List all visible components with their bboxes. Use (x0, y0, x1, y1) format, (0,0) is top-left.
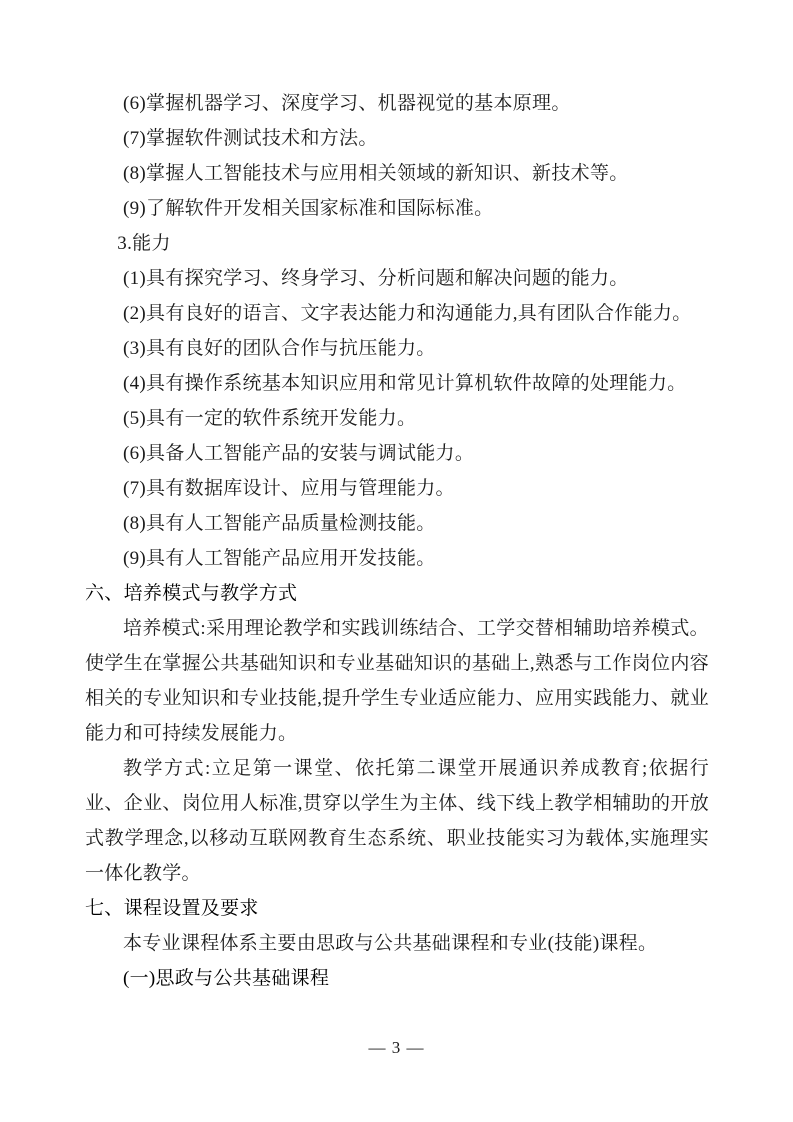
ability-item-6: (6)具备人工智能产品的安装与调试能力。 (85, 436, 709, 471)
document-page: (6)掌握机器学习、深度学习、机器视觉的基本原理。 (7)掌握软件测试技术和方法… (0, 0, 793, 1122)
knowledge-item-7: (7)掌握软件测试技术和方法。 (85, 121, 709, 156)
page-footer: — 3 — (0, 1036, 793, 1060)
teaching-method-paragraph: 教学方式:立足第一课堂、依托第二课堂开展通识养成教育;依据行业、企业、岗位用人标… (85, 751, 709, 891)
page-number: — 3 — (369, 1038, 425, 1057)
knowledge-item-8: (8)掌握人工智能技术与应用相关领域的新知识、新技术等。 (85, 156, 709, 191)
section-heading-7: 七、课程设置及要求 (85, 891, 709, 926)
ability-item-1: (1)具有探究学习、终身学习、分析问题和解决问题的能力。 (85, 261, 709, 296)
document-content: (6)掌握机器学习、深度学习、机器视觉的基本原理。 (7)掌握软件测试技术和方法… (85, 86, 709, 996)
knowledge-item-9: (9)了解软件开发相关国家标准和国际标准。 (85, 191, 709, 226)
knowledge-item-6: (6)掌握机器学习、深度学习、机器视觉的基本原理。 (85, 86, 709, 121)
ability-item-9: (9)具有人工智能产品应用开发技能。 (85, 541, 709, 576)
ability-item-8: (8)具有人工智能产品质量检测技能。 (85, 506, 709, 541)
section-heading-6: 六、培养模式与教学方式 (85, 576, 709, 611)
ability-item-2: (2)具有良好的语言、文字表达能力和沟通能力,具有团队合作能力。 (85, 296, 709, 331)
ability-item-4: (4)具有操作系统基本知识应用和常见计算机软件故障的处理能力。 (85, 366, 709, 401)
ability-subsection-heading: 3.能力 (85, 226, 709, 261)
curriculum-intro-paragraph: 本专业课程体系主要由思政与公共基础课程和专业(技能)课程。 (85, 926, 709, 961)
training-mode-paragraph: 培养模式:采用理论教学和实践训练结合、工学交替相辅助培养模式。使学生在掌握公共基… (85, 611, 709, 751)
ability-item-5: (5)具有一定的软件系统开发能力。 (85, 401, 709, 436)
ability-item-7: (7)具有数据库设计、应用与管理能力。 (85, 471, 709, 506)
ability-item-3: (3)具有良好的团队合作与抗压能力。 (85, 331, 709, 366)
subsection-heading-1: (一)思政与公共基础课程 (85, 961, 709, 996)
